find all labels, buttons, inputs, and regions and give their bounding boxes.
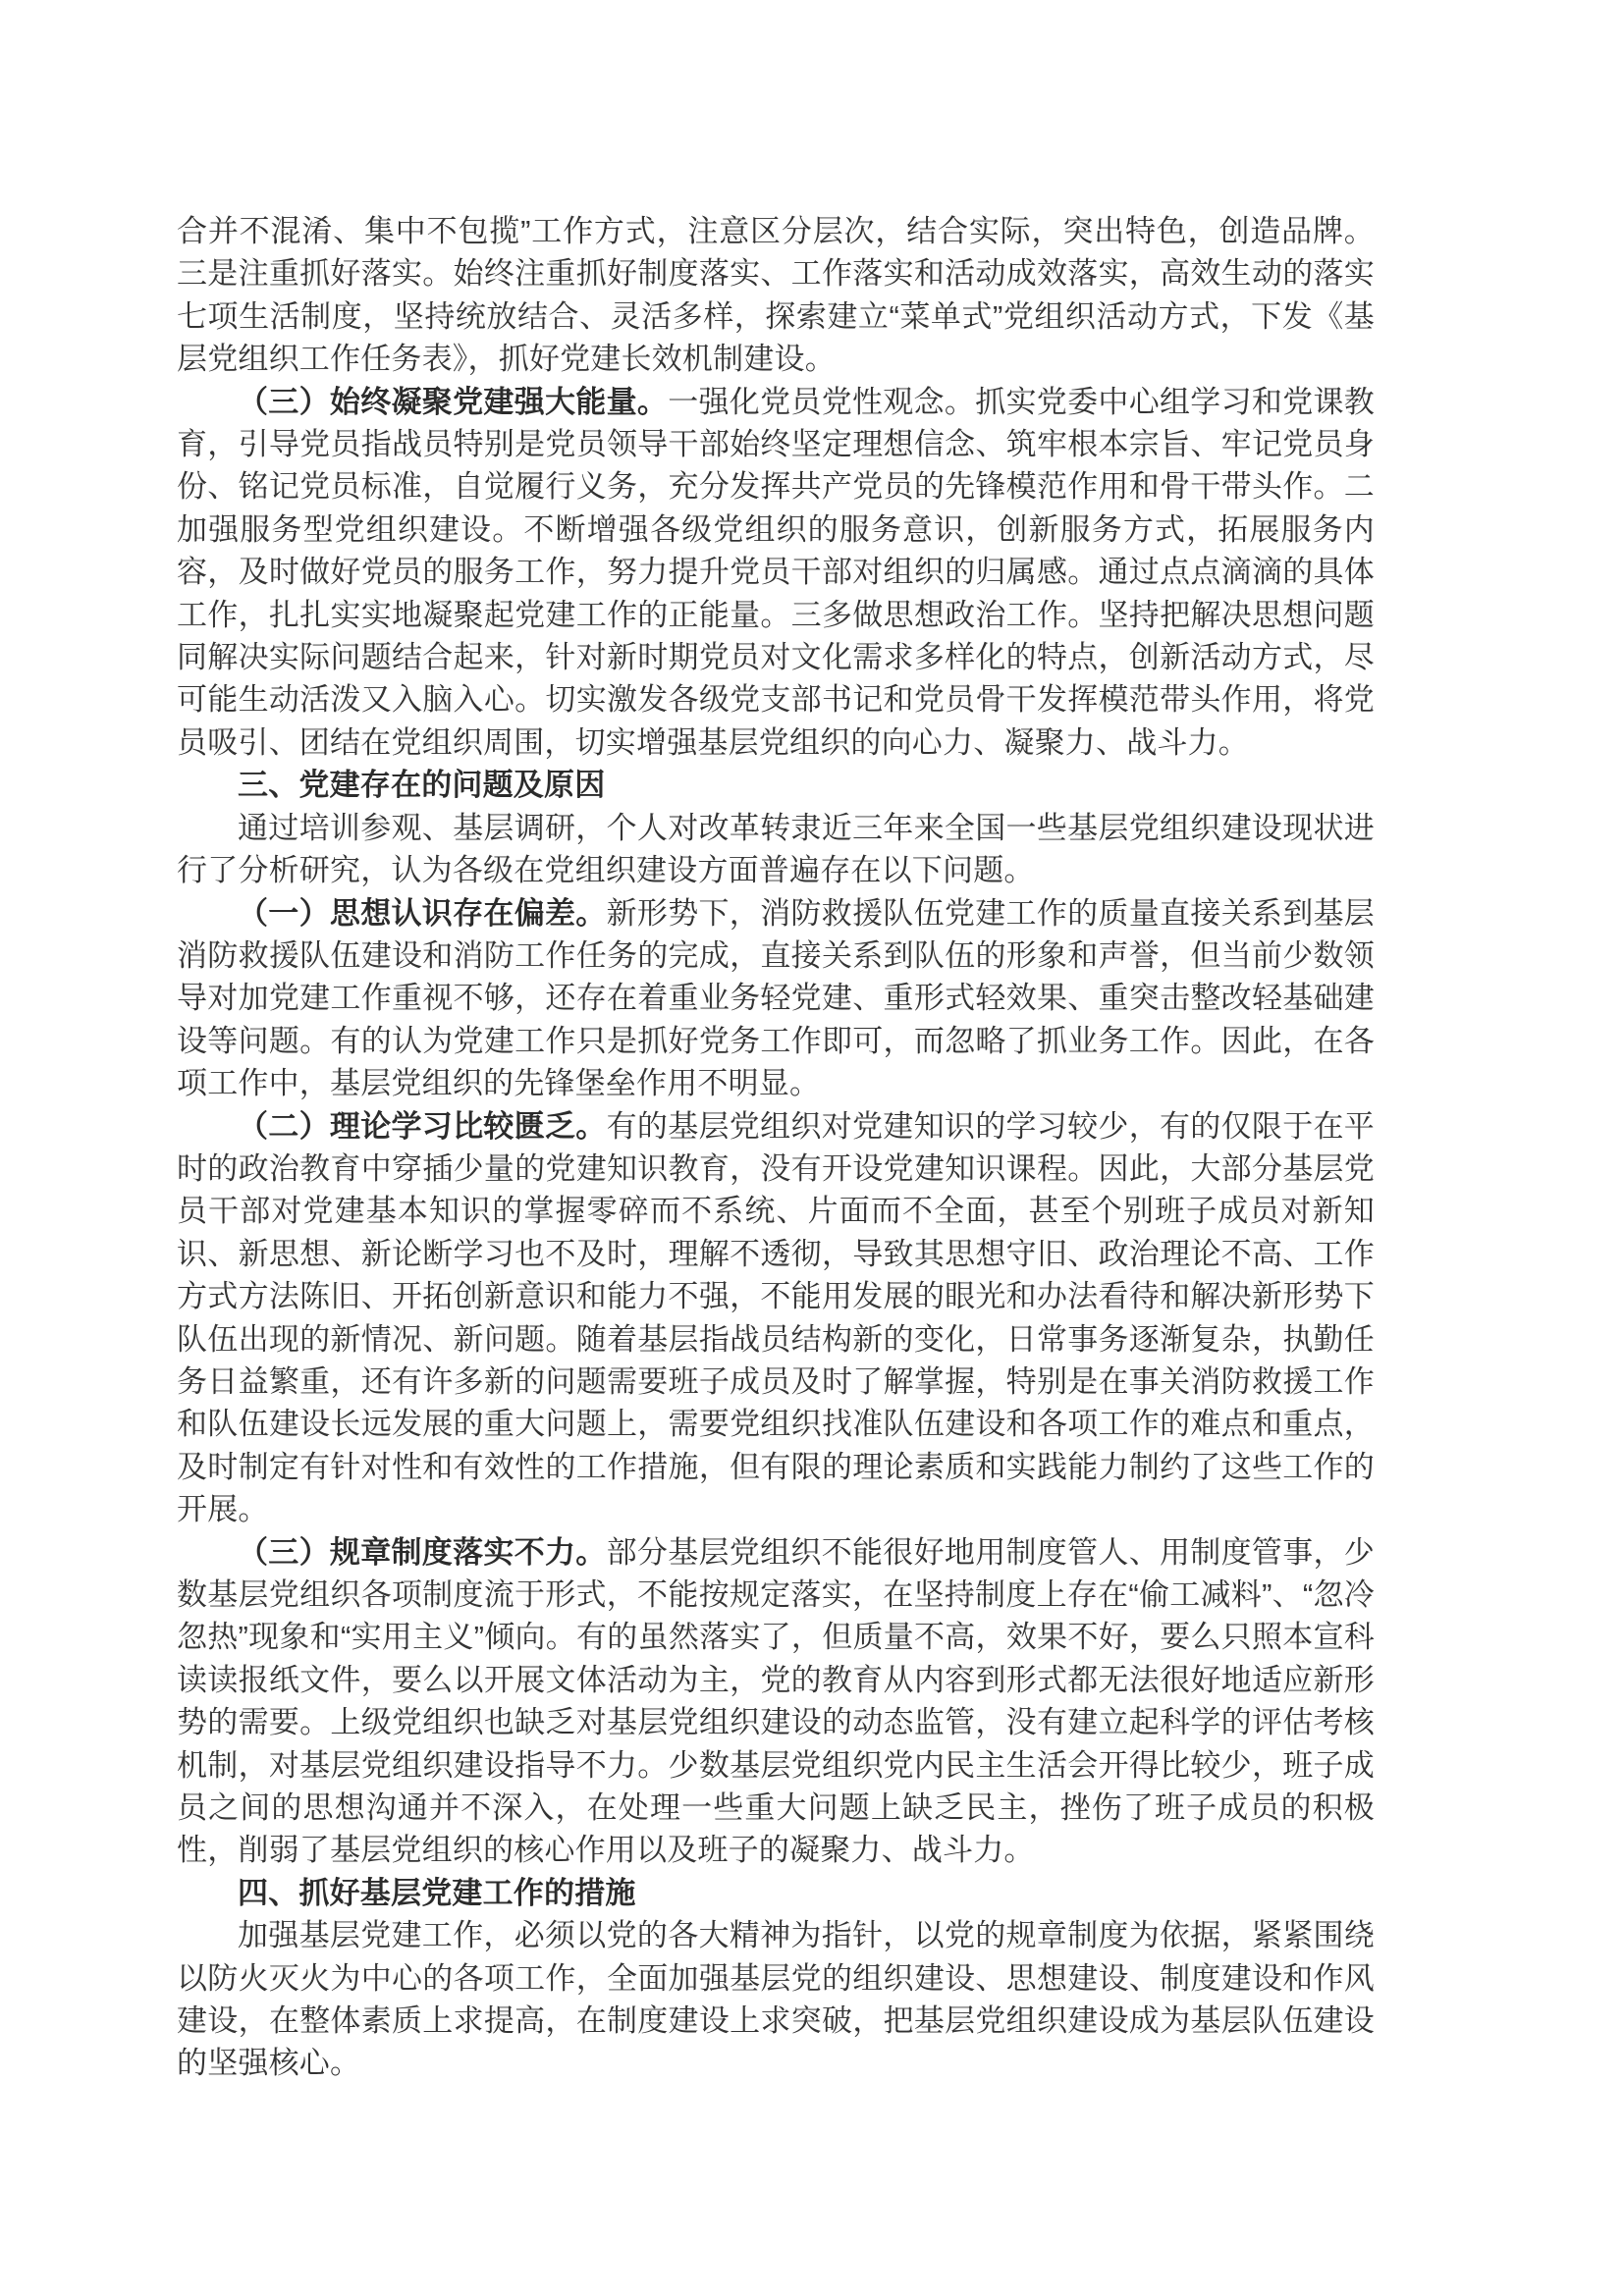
bold-text-run: 三、党建存在的问题及原因	[238, 768, 605, 802]
document-page: 合并不混淆、集中不包揽”工作方式，注意区分层次，结合实际，突出特色，创造品牌。三…	[177, 210, 1375, 2085]
bold-text-run: （三）规章制度落实不力。	[238, 1535, 607, 1570]
bold-text-run: 四、抓好基层党建工作的措施	[238, 1876, 636, 1910]
paragraph: （三）始终凝聚党建强大能量。一强化党员党性观念。抓实党委中心组学习和党课教育，引…	[177, 381, 1375, 765]
paragraph: （三）规章制度落实不力。部分基层党组织不能很好地用制度管人、用制度管事，少数基层…	[177, 1531, 1375, 1872]
text-run: 通过培训参观、基层调研，个人对改革转隶近三年来全国一些基层党组织建设现状进行了分…	[177, 811, 1375, 887]
text-run: 加强基层党建工作，必须以党的各大精神为指针，以党的规章制度为依据，紧紧围绕以防火…	[177, 1918, 1375, 2080]
text-run: 有的基层党组织对党建知识的学习较少，有的仅限于在平时的政治教育中穿插少量的党建知…	[177, 1109, 1375, 1527]
bold-text-run: （二）理论学习比较匮乏。	[238, 1109, 607, 1144]
section-heading: 四、抓好基层党建工作的措施	[177, 1872, 1375, 1914]
text-run: 部分基层党组织不能很好地用制度管人、用制度管事，少数基层党组织各项制度流于形式，…	[177, 1535, 1375, 1868]
text-run: 一强化党员党性观念。抓实党委中心组学习和党课教育，引导党员指战员特别是党员领导干…	[177, 385, 1375, 760]
paragraph: 通过培训参观、基层调研，个人对改革转隶近三年来全国一些基层党组织建设现状进行了分…	[177, 807, 1375, 892]
paragraph: 合并不混淆、集中不包揽”工作方式，注意区分层次，结合实际，突出特色，创造品牌。三…	[177, 210, 1375, 381]
paragraph: （二）理论学习比较匮乏。有的基层党组织对党建知识的学习较少，有的仅限于在平时的政…	[177, 1105, 1375, 1531]
bold-text-run: （一）思想认识存在偏差。	[238, 896, 607, 931]
paragraph: 加强基层党建工作，必须以党的各大精神为指针，以党的规章制度为依据，紧紧围绕以防火…	[177, 1914, 1375, 2085]
text-run: 合并不混淆、集中不包揽”工作方式，注意区分层次，结合实际，突出特色，创造品牌。三…	[177, 214, 1375, 376]
bold-text-run: （三）始终凝聚党建强大能量。	[238, 385, 668, 419]
section-heading: 三、党建存在的问题及原因	[177, 764, 1375, 806]
paragraph: （一）思想认识存在偏差。新形势下，消防救援队伍党建工作的质量直接关系到基层消防救…	[177, 892, 1375, 1105]
